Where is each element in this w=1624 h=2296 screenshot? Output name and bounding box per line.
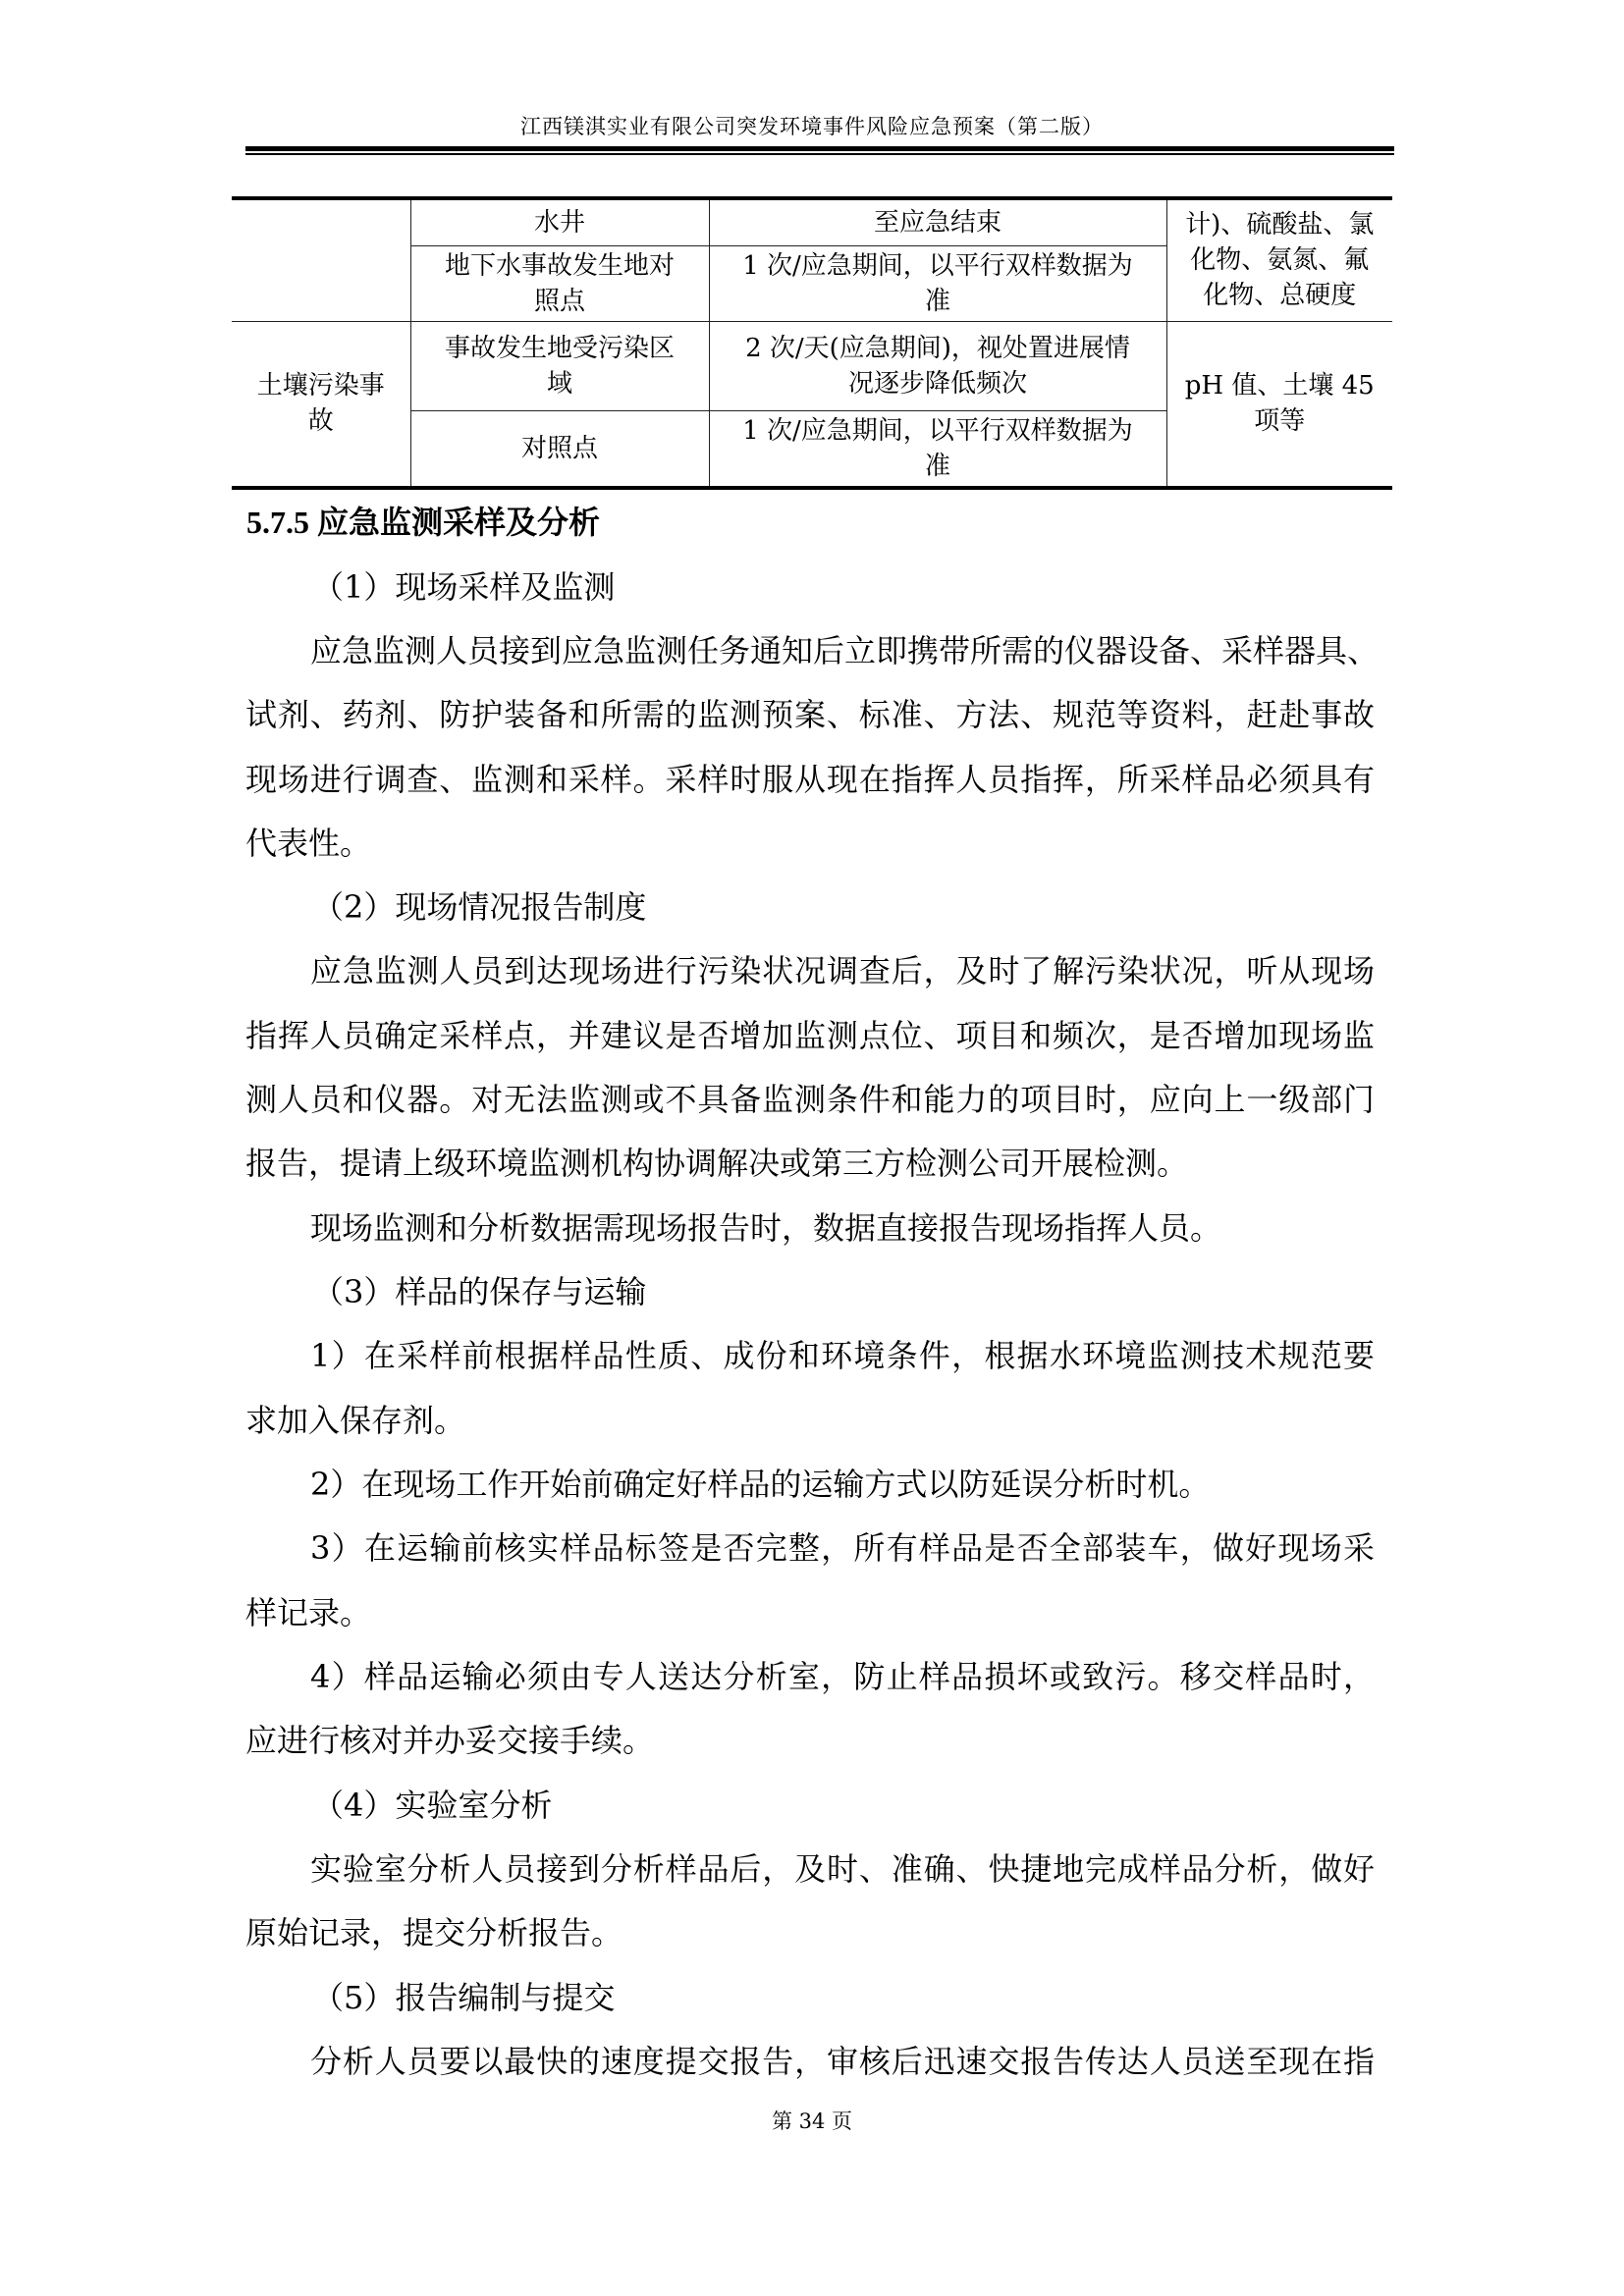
cell-text: 故 (240, 403, 403, 439)
paragraph-line: 3）在运输前核实样品标签是否完整，所有样品是否全部装车，做好现场采 (310, 1528, 1375, 1568)
paragraph-line: 应进行核对并办妥交接手续。 (245, 1721, 654, 1760)
paragraph-line: 2）在现场工作开始前确定好样品的运输方式以防延误分析时机。 (310, 1465, 1210, 1504)
paragraph-line: 应急监测人员到达现场进行污染状况调查后，及时了解污染状况，听从现场 (310, 951, 1375, 990)
paragraph-line: 样记录。 (245, 1593, 371, 1632)
page-number: 第 34 页 (0, 2109, 1624, 2134)
cell-text: 2 次/天(应急期间)，视处置进展情 (718, 331, 1159, 366)
table-cell-category (232, 198, 410, 321)
paragraph-line: 原始记录，提交分析报告。 (245, 1913, 623, 1952)
table-cell-frequency: 1 次/应急期间，以平行双样数据为 准 (709, 410, 1166, 488)
cell-text: 化物、总硬度 (1175, 278, 1385, 313)
table-row: 水井 至应急结束 计)、硫酸盐、氯 化物、氨氮、氟 化物、总硬度 (232, 198, 1392, 245)
paragraph-line: 1）在采样前根据样品性质、成份和环境条件，根据水环境监测技术规范要 (310, 1336, 1375, 1375)
paragraph-line: 应急监测人员接到应急监测任务通知后立即携带所需的仪器设备、采样器具、 (310, 631, 1375, 670)
table-cell-site: 水井 (410, 198, 709, 245)
paragraph-line: 测人员和仪器。对无法监测或不具备监测条件和能力的项目时，应向上一级部门 (245, 1080, 1375, 1119)
table-cell-items: pH 值、土壤 45 项等 (1166, 321, 1392, 488)
paragraph-line: 代表性。 (245, 824, 371, 863)
document-title: 江西镁淇实业有限公司突发环境事件风险应急预案（第二版） (0, 114, 1624, 139)
cell-text: 事故发生地受污染区 (419, 331, 701, 366)
table-cell-site: 对照点 (410, 410, 709, 488)
cell-text: 至应急结束 (874, 208, 1001, 238)
cell-text: 地下水事故发生地对 (419, 248, 701, 284)
cell-text: 1 次/应急期间，以平行双样数据为 (718, 248, 1159, 284)
table-cell-items: 计)、硫酸盐、氯 化物、氨氮、氟 化物、总硬度 (1166, 198, 1392, 321)
paragraph-line: 报告，提请上级环境监测机构协调解决或第三方检测公司开展检测。 (245, 1144, 1188, 1183)
cell-text: 准 (718, 449, 1159, 484)
subheading: （3）样品的保存与运输 (312, 1272, 646, 1311)
table-cell-frequency: 2 次/天(应急期间)，视处置进展情 况逐步降低频次 (709, 321, 1166, 410)
paragraph-line: 现场进行调查、监测和采样。采样时服从现在指挥人员指挥，所采样品必须具有 (245, 760, 1375, 799)
paragraph-line: 4）样品运输必须由专人送达分析室，防止样品损坏或致污。移交样品时， (310, 1657, 1375, 1696)
table-cell-frequency: 1 次/应急期间，以平行双样数据为 准 (709, 245, 1166, 321)
cell-text: 准 (718, 284, 1159, 319)
paragraph-line: 实验室分析人员接到分析样品后，及时、准确、快捷地完成样品分析，做好 (310, 1849, 1375, 1889)
subheading: （4）实验室分析 (312, 1786, 552, 1825)
table-row: 土壤污染事 故 事故发生地受污染区 域 2 次/天(应急期间)，视处置进展情 况… (232, 321, 1392, 410)
cell-text: 水井 (534, 208, 585, 238)
cell-text: 对照点 (521, 434, 598, 463)
subheading: （5）报告编制与提交 (312, 1978, 615, 2017)
monitoring-table: 水井 至应急结束 计)、硫酸盐、氯 化物、氨氮、氟 化物、总硬度 地下水事故发生… (232, 196, 1392, 490)
cell-text: 况逐步降低频次 (718, 366, 1159, 401)
paragraph-line: 分析人员要以最快的速度提交报告，审核后迅速交报告传达人员送至现在指 (310, 2042, 1375, 2081)
cell-text: 域 (419, 366, 701, 401)
table-cell-category: 土壤污染事 故 (232, 321, 410, 488)
section-heading: 5.7.5 应急监测采样及分析 (246, 503, 600, 542)
cell-text: 土壤污染事 (240, 368, 403, 403)
paragraph-line: 试剂、药剂、防护装备和所需的监测预案、标准、方法、规范等资料，赶赴事故 (245, 695, 1375, 734)
table-cell-frequency: 至应急结束 (709, 198, 1166, 245)
paragraph-line: 指挥人员确定采样点，并建议是否增加监测点位、项目和频次，是否增加现场监 (245, 1016, 1375, 1055)
header-rule-thick (245, 146, 1394, 151)
cell-text: 照点 (419, 284, 701, 319)
subheading: （2）现场情况报告制度 (312, 887, 646, 927)
table-cell-site: 事故发生地受污染区 域 (410, 321, 709, 410)
subheading: （1）现场采样及监测 (312, 567, 615, 607)
paragraph-line: 求加入保存剂。 (245, 1401, 465, 1440)
table-cell-site: 地下水事故发生地对 照点 (410, 245, 709, 321)
cell-text: 化物、氨氮、氟 (1175, 242, 1385, 278)
cell-text: 项等 (1175, 403, 1385, 439)
cell-text: 1 次/应急期间，以平行双样数据为 (718, 413, 1159, 449)
paragraph-line: 现场监测和分析数据需现场报告时，数据直接报告现场指挥人员。 (310, 1208, 1221, 1248)
header-rule-thin (245, 153, 1394, 155)
cell-text: pH 值、土壤 45 (1175, 368, 1385, 403)
cell-text: 计)、硫酸盐、氯 (1175, 207, 1385, 242)
